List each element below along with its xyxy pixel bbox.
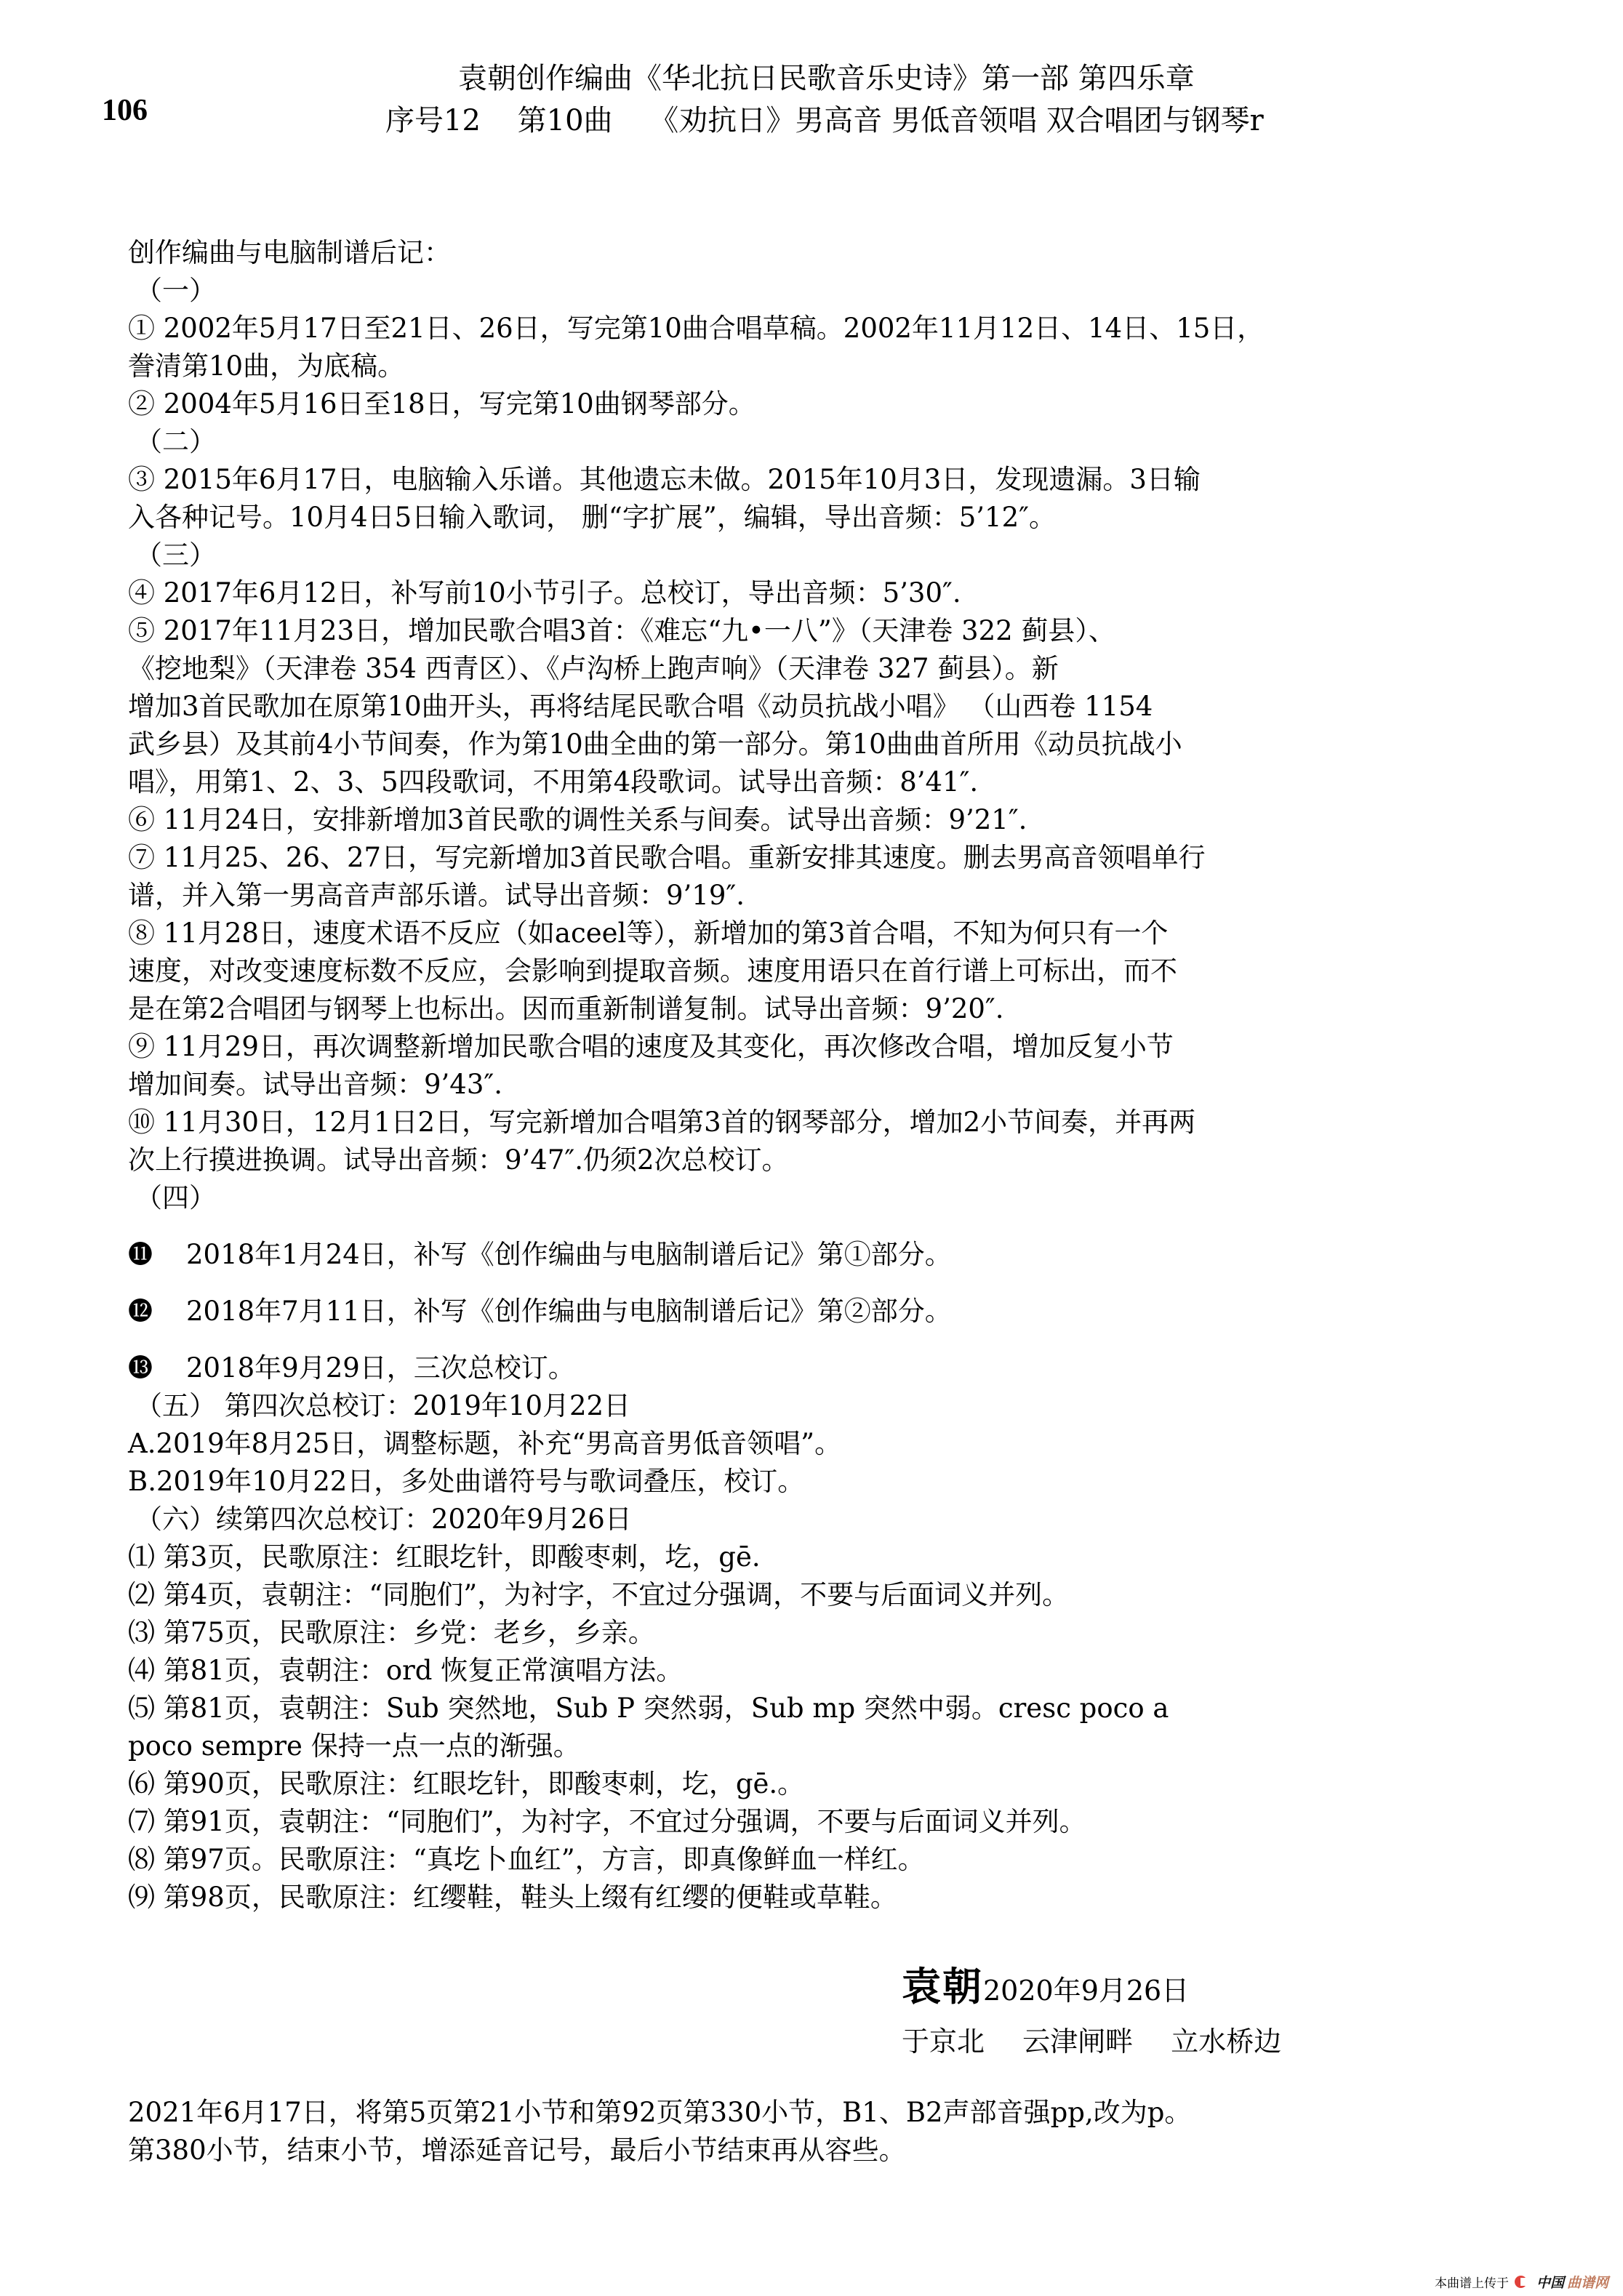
- page-number: 106: [102, 93, 148, 128]
- entry-text: 2018年1月24日，补写《创作编曲与电脑制谱后记》第①部分。: [186, 1236, 952, 1274]
- sequence-number: 序号12: [385, 104, 481, 137]
- entry-line: B.2019年10月22日，多处曲谱符号与歌词叠压，校订。: [128, 1463, 1430, 1501]
- postscript-line: 第380小节，结束小节，增添延音记号，最后小节结束再从容些。: [128, 2132, 1430, 2169]
- entry-line: ⑦ 11月25、26、27日，写完新增加3首民歌合唱。重新安排其速度。删去男高音…: [128, 839, 1430, 877]
- signature-date: 2020年9月26日: [983, 1975, 1189, 2007]
- site-brand-part2: 曲谱网: [1567, 2272, 1608, 2292]
- entry-line: ⑻ 第97页。民歌原注：“真圪卜血红”，方言，即真像鲜血一样红。: [128, 1841, 1430, 1879]
- entry-line: ⑹ 第90页，民歌原注：红眼圪针，即酸枣刺，圪，gē.。: [128, 1765, 1430, 1803]
- entry-line: ⑺ 第91页，袁朝注：“同胞们”，为衬字，不宜过分强调，不要与后面词义并列。: [128, 1803, 1430, 1841]
- location-part: 立水桥边: [1171, 2026, 1281, 2058]
- entry-item: ⓬ 2018年7月11日，补写《创作编曲与电脑制谱后记》第②部分。: [128, 1293, 1430, 1330]
- entry-line: ⑧ 11月28日，速度术语不反应（如aceel等），新增加的第3首合唱，不知为何…: [128, 915, 1430, 952]
- location-part: 云津闸畔: [1022, 2026, 1133, 2058]
- entry-line: ④ 2017年6月12日，补写前10小节引子。总校订，导出音频：5’30″.: [128, 574, 1430, 612]
- signature-block: 袁朝2020年9月26日 于京北 云津闸畔 立水桥边: [902, 1956, 1281, 2059]
- upload-watermark: 本曲谱上传于 中国 曲谱网: [1435, 2272, 1608, 2292]
- entry-item: ⓫ 2018年1月24日，补写《创作编曲与电脑制谱后记》第①部分。: [128, 1236, 1430, 1274]
- author-signature: 袁朝: [902, 1964, 983, 2010]
- circled-number-13: ⓭: [128, 1349, 186, 1387]
- piece-name: 《劝抗日》男高音 男低音领唱 双合唱团与钢琴r: [649, 104, 1264, 137]
- entry-line: ⑸ 第81页，袁朝注：Sub 突然地，Sub P 突然弱，Sub mp 突然中弱…: [128, 1690, 1430, 1727]
- entry-line: ⑵ 第4页，袁朝注：“同胞们”，为衬字，不宜过分强调，不要与后面词义并列。: [128, 1576, 1430, 1614]
- entry-line: 《挖地梨》（天津卷 354 西青区）、《卢沟桥上跑声响》（天津卷 327 蓟县）…: [128, 650, 1430, 688]
- entry-line: ⑴ 第3页，民歌原注：红眼圪针，即酸枣刺，圪，gē.: [128, 1538, 1430, 1576]
- entry-line: ⑼ 第98页，民歌原注：红缨鞋，鞋头上缀有红缨的便鞋或草鞋。: [128, 1879, 1430, 1916]
- piece-title: 序号12 第10曲 《劝抗日》男高音 男低音领唱 双合唱团与钢琴r: [385, 97, 1264, 139]
- entry-line: 武乡县）及其前4小节间奏，作为第10曲全曲的第一部分。第10曲曲首所用《动员抗战…: [128, 726, 1430, 763]
- afterword-heading: 创作编曲与电脑制谱后记：: [128, 234, 1430, 272]
- circled-number-12: ⓬: [128, 1293, 186, 1330]
- entry-text: 2018年9月29日，三次总校订。: [186, 1349, 575, 1387]
- entry-line: ⑤ 2017年11月23日，增加民歌合唱3首：《难忘“九•一八”》（天津卷 32…: [128, 612, 1430, 650]
- section-label: （一）: [128, 272, 1430, 310]
- entry-line: ⑨ 11月29日，再次调整新增加民歌合唱的速度及其变化，再次修改合唱，增加反复小…: [128, 1028, 1430, 1066]
- entry-text: 2018年7月11日，补写《创作编曲与电脑制谱后记》第②部分。: [186, 1293, 952, 1330]
- entry-line: 增加间奏。试导出音频：9’43″.: [128, 1066, 1430, 1104]
- entry-line: ③ 2015年6月17日，电脑输入乐谱。其他遗忘未做。2015年10月3日，发现…: [128, 461, 1430, 499]
- signature-location: 于京北 云津闸畔 立水桥边: [902, 2019, 1281, 2059]
- location-part: 于京北: [902, 2026, 985, 2058]
- entry-line: ① 2002年5月17日至21日、26日，写完第10曲合唱草稿。2002年11月…: [128, 310, 1430, 348]
- entry-line: 速度，对改变速度标数不反应，会影响到提取音频。速度用语只在首行谱上可标出，而不: [128, 952, 1430, 990]
- entry-line: ⑷ 第81页，袁朝注：ord 恢复正常演唱方法。: [128, 1652, 1430, 1690]
- entry-line: 谱，并入第一男高音声部乐谱。试导出音频：9’19″.: [128, 877, 1430, 915]
- entry-line: 是在第2合唱团与钢琴上也标出。因而重新制谱复制。试导出音频：9’20″.: [128, 990, 1430, 1028]
- uploaded-text: 本曲谱上传于: [1435, 2273, 1509, 2291]
- entry-line: 誊清第10曲，为底稿。: [128, 348, 1430, 385]
- entry-line: ⑥ 11月24日，安排新增加3首民歌的调性关系与间奏。试导出音频：9’21″.: [128, 801, 1430, 839]
- site-brand-part1: 中国: [1536, 2272, 1564, 2292]
- piece-number: 第10曲: [518, 104, 613, 137]
- postscript-line: 2021年6月17日，将第5页第21小节和第92页第330小节，B1、B2声部音…: [128, 2094, 1430, 2132]
- entry-line: poco sempre 保持一点一点的渐强。: [128, 1727, 1430, 1765]
- section-label: （二）: [128, 423, 1430, 461]
- entry-line: 入各种记号。10月4日5日输入歌词， 删“字扩展”，编辑，导出音频：5’12″。: [128, 499, 1430, 537]
- entry-item: ⓭ 2018年9月29日，三次总校订。: [128, 1349, 1430, 1387]
- section-label: （五） 第四次总校订：2019年10月22日: [128, 1387, 1430, 1425]
- site-logo-icon: [1515, 2275, 1532, 2289]
- entry-line: 次上行摸进换调。试导出音频：9’47″.仍须2次总校订。: [128, 1141, 1430, 1179]
- entry-line: 增加3首民歌加在原第10曲开头，再将结尾民歌合唱《动员抗战小唱》 （山西卷 11…: [128, 688, 1430, 726]
- entry-line: ⑩ 11月30日，12月1日2日，写完新增加合唱第3首的钢琴部分，增加2小节间奏…: [128, 1104, 1430, 1141]
- postscript: 2021年6月17日，将第5页第21小节和第92页第330小节，B1、B2声部音…: [128, 2094, 1430, 2169]
- entry-line: 唱》，用第1、2、3、5四段歌词，不用第4段歌词。试导出音频：8’41″.: [128, 763, 1430, 801]
- section-label: （三）: [128, 537, 1430, 574]
- section-label: （四）: [128, 1179, 1430, 1217]
- afterword: 创作编曲与电脑制谱后记： （一） ① 2002年5月17日至21日、26日，写完…: [128, 234, 1430, 1916]
- circled-number-11: ⓫: [128, 1236, 186, 1274]
- entry-line: ⑶ 第75页，民歌原注：乡党：老乡，乡亲。: [128, 1614, 1430, 1652]
- work-title: 袁朝创作编曲《华北抗日民歌音乐史诗》第一部 第四乐章: [458, 55, 1195, 97]
- entry-line: ② 2004年5月16日至18日，写完第10曲钢琴部分。: [128, 385, 1430, 423]
- section-label: （六）续第四次总校订：2020年9月26日: [128, 1501, 1430, 1538]
- entry-line: A.2019年8月25日，调整标题，补充“男高音男低音领唱”。: [128, 1425, 1430, 1463]
